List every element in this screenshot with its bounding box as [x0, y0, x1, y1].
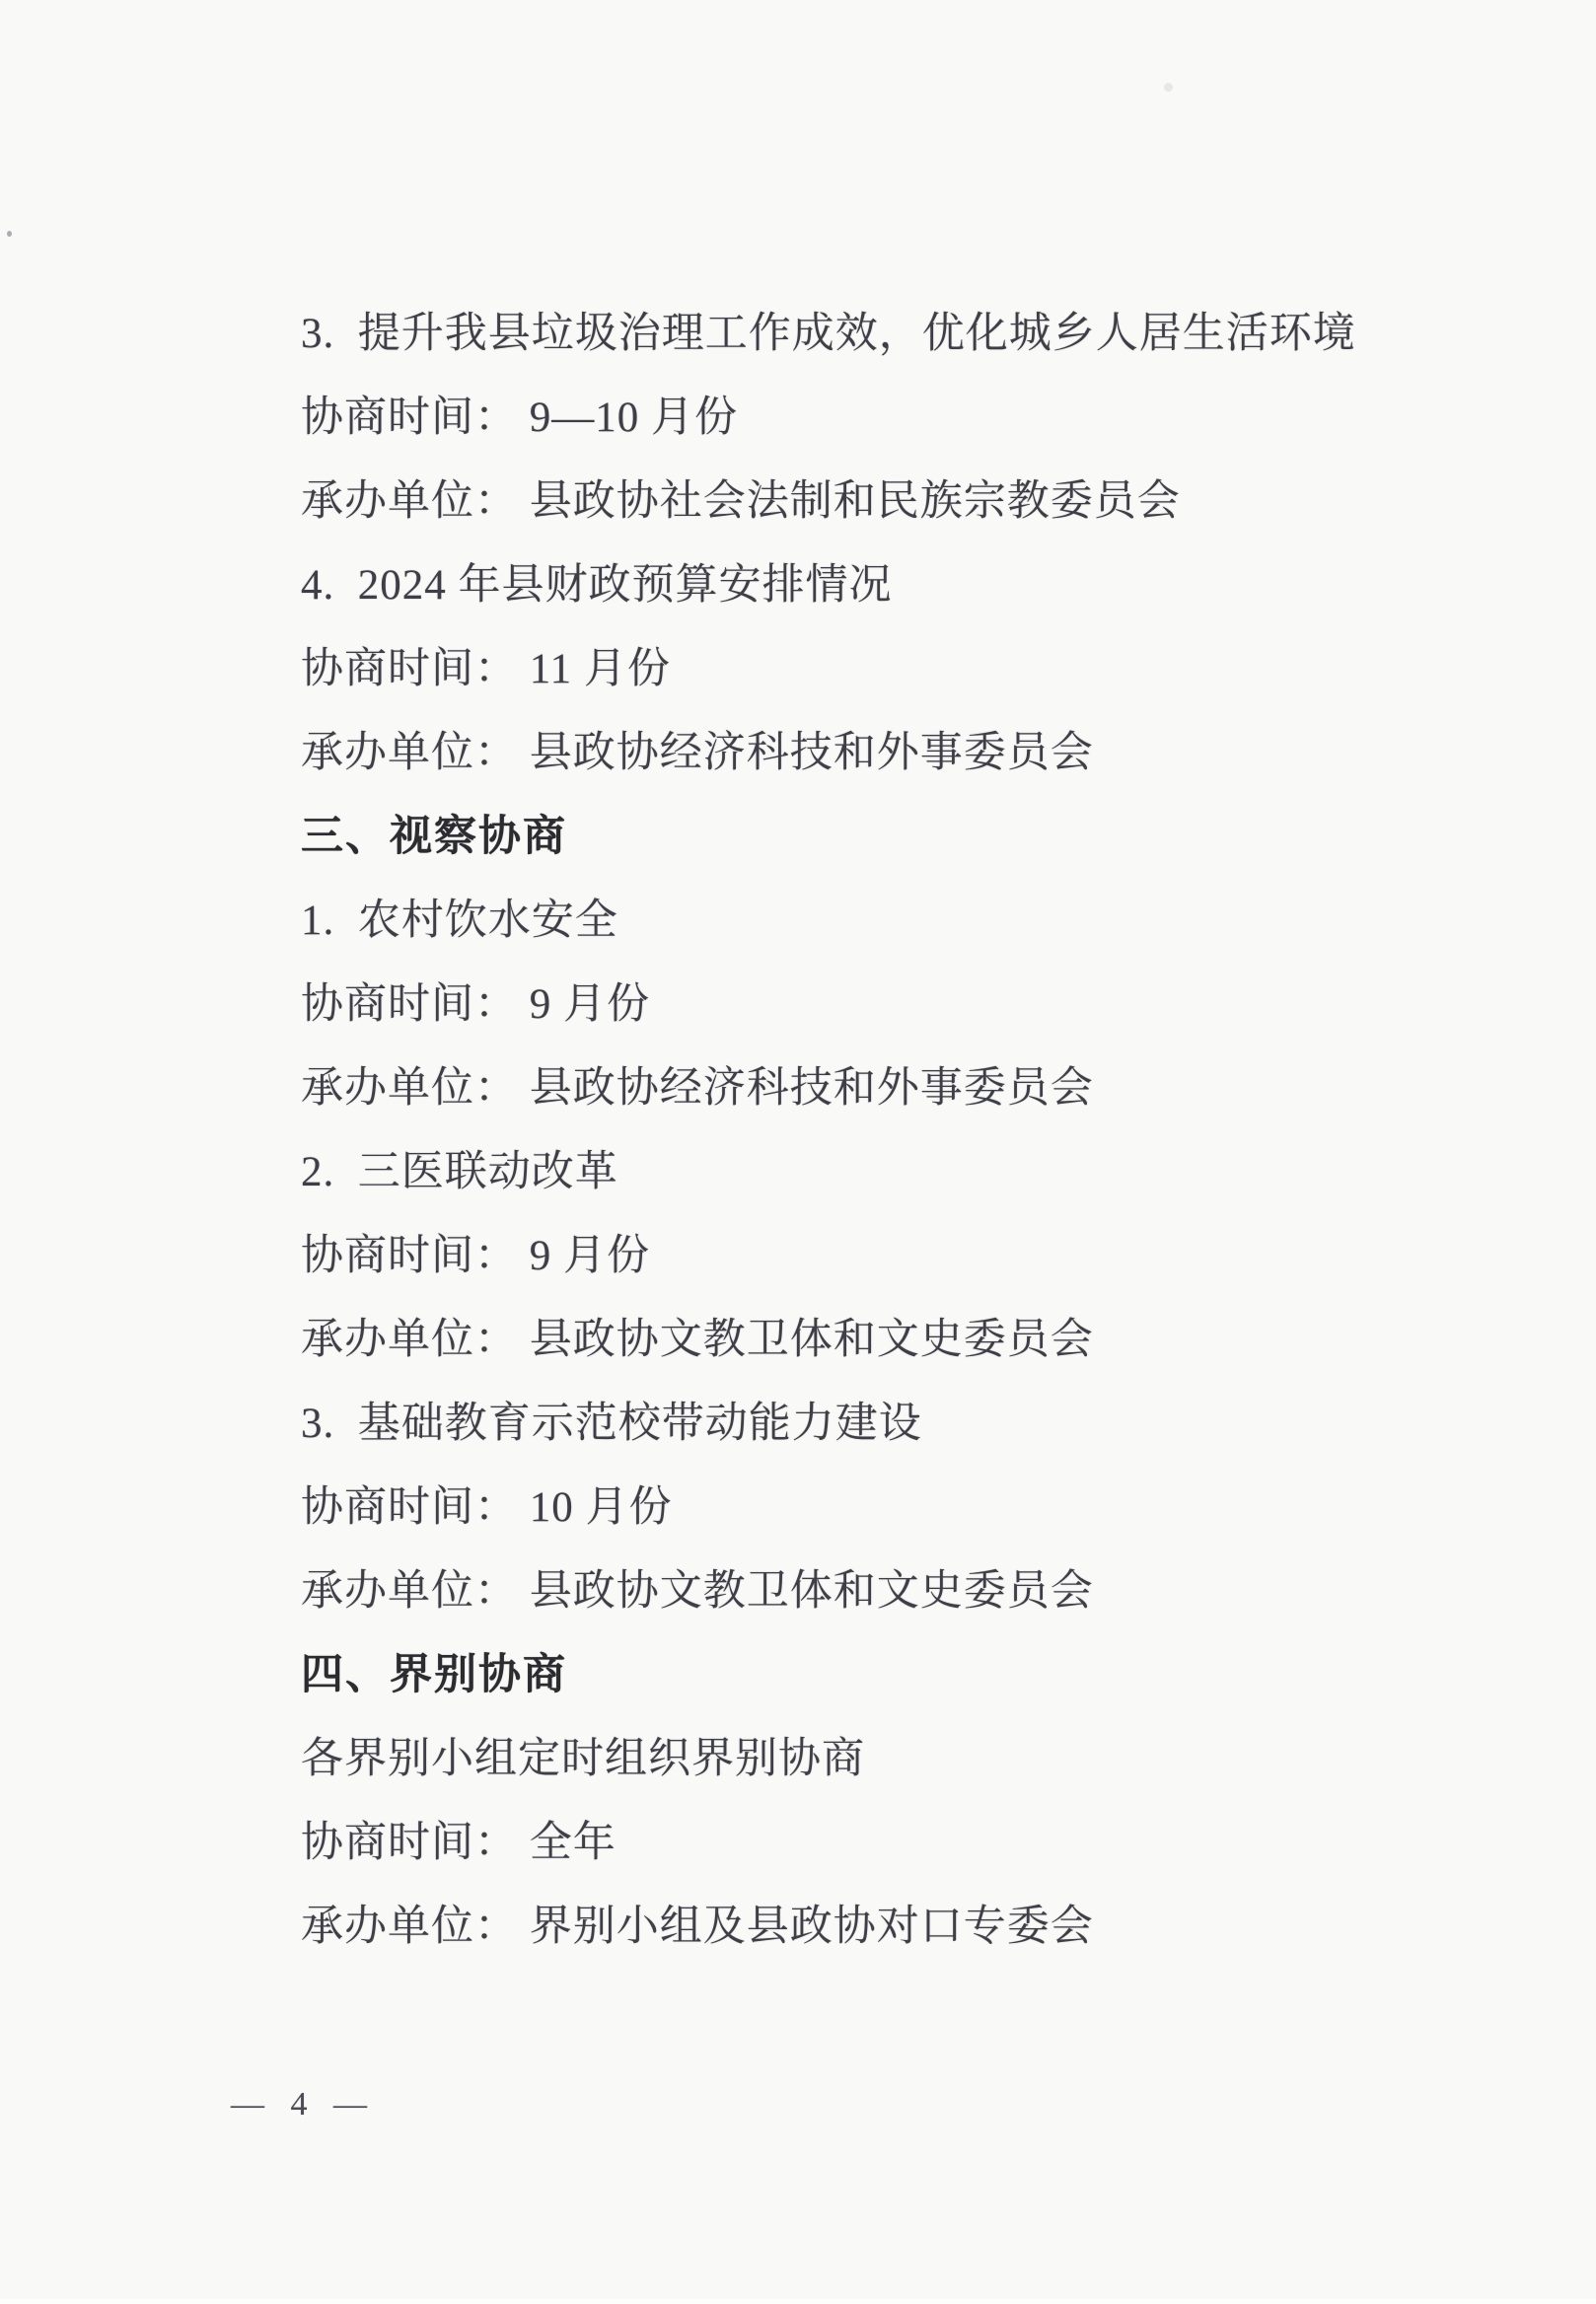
scan-speck: [7, 231, 12, 237]
consult-time-line: 协商时间： 9 月份: [301, 963, 1478, 1046]
section-heading-inspection: 三、视察协商: [301, 795, 1478, 879]
document-page: 3. 提升我县垃圾治理工作成效，优化城乡人居生活环境 协商时间： 9—10 月份…: [0, 0, 1596, 2304]
section-heading-sector: 四、界别协商: [301, 1633, 1478, 1717]
topic-line: 各界别小组定时组织界别协商: [301, 1717, 1478, 1801]
topic-line: 2. 三医联动改革: [301, 1130, 1478, 1214]
scan-speck: [1164, 83, 1173, 92]
consult-time-line: 协商时间： 9 月份: [301, 1214, 1478, 1298]
topic-line: 3. 基础教育示范校带动能力建设: [301, 1382, 1478, 1466]
consult-time-line: 协商时间： 11 月份: [301, 627, 1478, 711]
topic-line: 1. 农村饮水安全: [301, 879, 1478, 963]
topic-line: 4. 2024 年县财政预算安排情况: [301, 543, 1478, 627]
host-unit-line: 承办单位： 界别小组及县政协对口专委会: [301, 1885, 1478, 1969]
topic-line: 3. 提升我县垃圾治理工作成效，优化城乡人居生活环境: [301, 292, 1478, 376]
host-unit-line: 承办单位： 县政协文教卫体和文史委员会: [301, 1298, 1478, 1382]
consult-time-line: 协商时间： 10 月份: [301, 1466, 1478, 1549]
consult-time-line: 协商时间： 9—10 月份: [301, 376, 1478, 460]
host-unit-line: 承办单位： 县政协文教卫体和文史委员会: [301, 1549, 1478, 1633]
host-unit-line: 承办单位： 县政协社会法制和民族宗教委员会: [301, 460, 1478, 543]
document-body: 3. 提升我县垃圾治理工作成效，优化城乡人居生活环境 协商时间： 9—10 月份…: [301, 292, 1478, 1969]
host-unit-line: 承办单位： 县政协经济科技和外事委员会: [301, 711, 1478, 795]
scan-bottom-edge: [0, 2299, 1596, 2304]
page-number: — 4 —: [231, 2083, 376, 2126]
consult-time-line: 协商时间： 全年: [301, 1801, 1478, 1885]
host-unit-line: 承办单位： 县政协经济科技和外事委员会: [301, 1046, 1478, 1130]
